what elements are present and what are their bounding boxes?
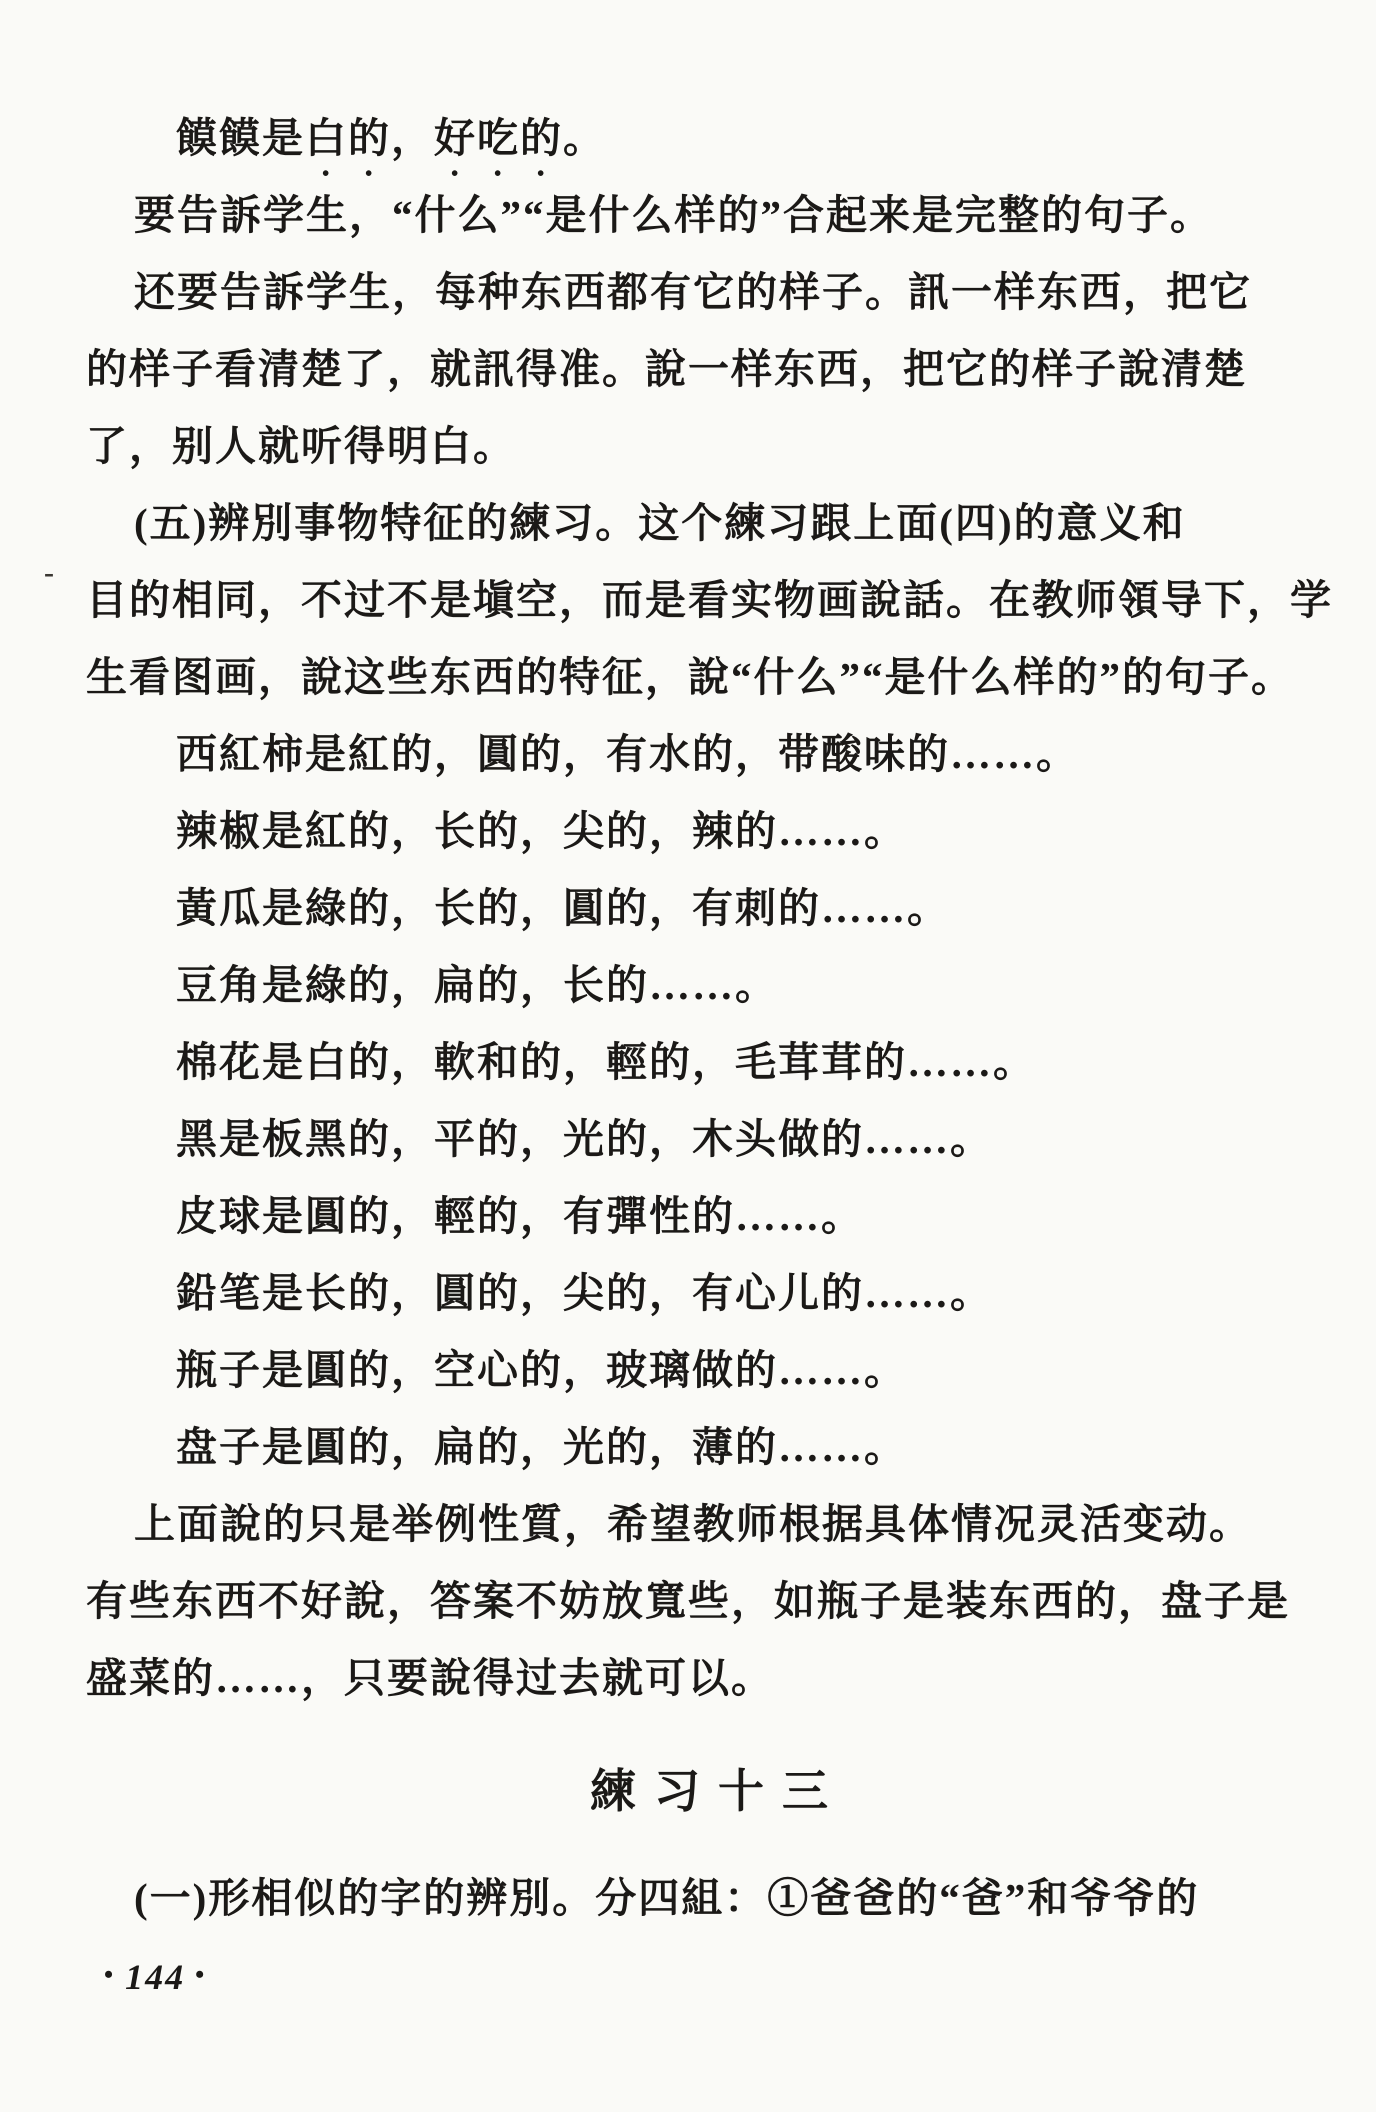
page-number-left-dot: • (94, 1960, 125, 1989)
text-segment: 目的相同，不过不是塡空，而是看实物画說話。在教师領导下，学 (86, 577, 1333, 623)
text-line: 还要告訴学生，每种东西都有它的样子。訊一样东西，把它 (86, 254, 1332, 331)
text-line: 饃饃是白的，好吃的。 (86, 100, 1332, 177)
text-segment: 皮球是圓的，輕的，有彈性的……。 (176, 1193, 864, 1239)
text-segment: 的样子看清楚了，就訊得准。說一样东西，把它的样子說清楚 (86, 346, 1247, 392)
text-segment: 。 (563, 115, 606, 161)
text-line: 黑是板黑的，平的，光的，木头做的……。 (86, 1101, 1332, 1178)
text-line: 生看图画，說这些东西的特征，說“什么”“是什么样的”的句子。 (86, 639, 1332, 716)
page-number-value: 144 (125, 1957, 185, 1997)
text-line: 西紅柿是紅的，圓的，有水的，带酸味的……。 (86, 716, 1332, 793)
text-segment: (五)辨別事物特征的練习。这个練习跟上面(四)的意义和 (134, 500, 1186, 546)
text-line: 鉛笔是长的，圓的，尖的，有心儿的……。 (86, 1255, 1332, 1332)
section-heading: 練习十三 (86, 1753, 1332, 1830)
text-segment: 棉花是白的，軟和的，輕的，毛茸茸的……。 (176, 1039, 1036, 1085)
text-line: 瓶子是圓的，空心的，玻璃做的……。 (86, 1332, 1332, 1409)
emphasized-text: 好吃的 (434, 115, 563, 161)
text-line: (五)辨別事物特征的練习。这个練习跟上面(四)的意义和 (86, 485, 1332, 562)
text-line: 棉花是白的，軟和的，輕的，毛茸茸的……。 (86, 1024, 1332, 1101)
text-segment: 豆角是綠的，扁的，长的……。 (176, 962, 778, 1008)
text-line: 的样子看清楚了，就訊得准。說一样东西，把它的样子說清楚 (86, 331, 1332, 408)
text-line: 要告訴学生，“什么”“是什么样的”合起来是完整的句子。 (86, 177, 1332, 254)
text-segment: (一)形相似的字的辨別。分四組：①爸爸的“爸”和爷爷的 (134, 1875, 1199, 1921)
text-segment: 生看图画，說这些东西的特征，說“什么”“是什么样的”的句子。 (86, 654, 1294, 700)
text-segment: 黃瓜是綠的，长的，圓的，有刺的……。 (176, 885, 950, 931)
text-segment: 了，别人就听得明白。 (86, 423, 516, 469)
page-number-right-dot: • (185, 1960, 216, 1989)
text-line: 有些东西不好說，答案不妨放寬些，如瓶子是装东西的，盘子是 (86, 1563, 1332, 1640)
text-line: 辣椒是紅的，长的，尖的，辣的……。 (86, 793, 1332, 870)
text-line: 黃瓜是綠的，长的，圓的，有刺的……。 (86, 870, 1332, 947)
text-segment: 西紅柿是紅的，圓的，有水的，带酸味的……。 (176, 731, 1079, 777)
text-segment: 瓶子是圓的，空心的，玻璃做的……。 (176, 1347, 907, 1393)
document-page: - 饃饃是白的，好吃的。要告訴学生，“什么”“是什么样的”合起来是完整的句子。还… (0, 0, 1376, 2112)
text-segment: 有些东西不好說，答案不妨放寬些，如瓶子是装东西的，盘子是 (86, 1578, 1290, 1624)
text-line: 皮球是圓的，輕的，有彈性的……。 (86, 1178, 1332, 1255)
text-column: 饃饃是白的，好吃的。要告訴学生，“什么”“是什么样的”合起来是完整的句子。还要告… (86, 0, 1332, 1999)
page-number: •144• (86, 1953, 1332, 1999)
text-line: 盘子是圓的，扁的，光的，薄的……。 (86, 1409, 1332, 1486)
text-line: 目的相同，不过不是塡空，而是看实物画說話。在教师領导下，学 (86, 562, 1332, 639)
text-line: 盛菜的……，只要說得过去就可以。 (86, 1640, 1332, 1717)
text-segment: 辣椒是紅的，长的，尖的，辣的……。 (176, 808, 907, 854)
text-line: 豆角是綠的，扁的，长的……。 (86, 947, 1332, 1024)
text-segment: 鉛笔是长的，圓的，尖的，有心儿的……。 (176, 1270, 993, 1316)
stray-margin-mark: - (44, 556, 54, 590)
text-segment: 还要告訴学生，每种东西都有它的样子。訊一样东西，把它 (134, 269, 1252, 315)
text-segment: 上面說的只是举例性質，希望教师根据具体情况灵活变动。 (134, 1501, 1252, 1547)
text-segment: ， (391, 115, 434, 161)
text-segment: 盛菜的……，只要說得过去就可以。 (86, 1655, 774, 1701)
text-line: (一)形相似的字的辨別。分四組：①爸爸的“爸”和爷爷的 (86, 1860, 1332, 1937)
emphasized-text: 白的 (305, 115, 391, 161)
text-segment: 盘子是圓的，扁的，光的，薄的……。 (176, 1424, 907, 1470)
text-line: 上面說的只是举例性質，希望教师根据具体情况灵活变动。 (86, 1486, 1332, 1563)
text-segment: 饃饃是 (176, 115, 305, 161)
text-line: 了，别人就听得明白。 (86, 408, 1332, 485)
text-segment: 黑是板黑的，平的，光的，木头做的……。 (176, 1116, 993, 1162)
text-segment: 要告訴学生，“什么”“是什么样的”合起来是完整的句子。 (134, 192, 1213, 238)
